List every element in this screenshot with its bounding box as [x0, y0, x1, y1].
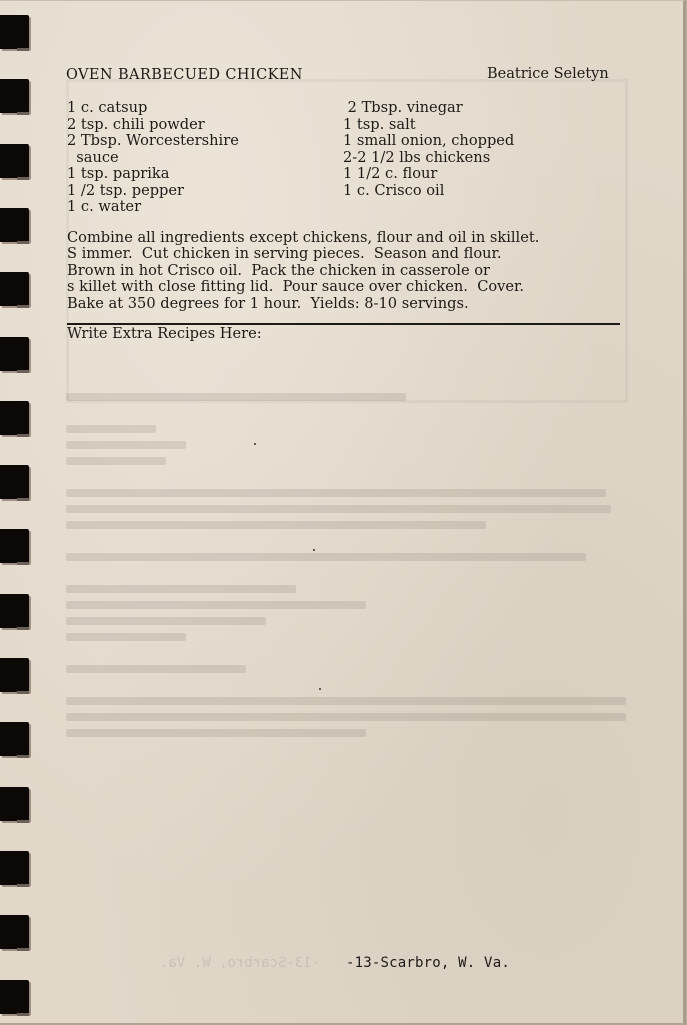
binding-ring — [0, 465, 29, 499]
binding-ring — [0, 337, 29, 371]
binding-ring — [0, 787, 29, 821]
binding-ring — [0, 594, 29, 628]
binding-ring — [0, 401, 29, 435]
ingredient-item: 2 Tbsp. Worcestershire — [67, 133, 239, 150]
show-through-line — [66, 425, 156, 433]
show-through-line — [66, 441, 186, 449]
show-through-line — [66, 713, 626, 721]
directions-line: Bake at 350 degrees for 1 hour. Yields: … — [67, 296, 627, 312]
ingredient-item: 1 c. Crisco oil — [343, 183, 514, 200]
binding-ring — [0, 208, 29, 242]
show-through-line — [66, 665, 246, 673]
show-through-footer: -13-Scarbro, W. Va. — [160, 955, 320, 971]
cookbook-page: OVEN BARBECUED CHICKEN Beatrice Seletyn … — [0, 0, 686, 1024]
paper-speck — [313, 549, 315, 551]
binding-ring — [0, 915, 29, 949]
ingredient-item: 1 c. water — [67, 199, 239, 216]
show-through-line — [66, 489, 606, 497]
paper-speck — [254, 443, 256, 445]
show-through-line — [66, 617, 266, 625]
spiral-binding — [0, 0, 40, 1024]
recipe-title: OVEN BARBECUED CHICKEN — [66, 67, 303, 83]
show-through-line — [66, 457, 166, 465]
show-through-line — [66, 697, 626, 705]
ingredient-item: 1 tsp. paprika — [67, 166, 239, 183]
show-through-line — [66, 633, 186, 641]
show-through-text — [66, 393, 626, 813]
show-through-line — [66, 585, 296, 593]
paper-speck — [319, 688, 321, 690]
binding-ring — [0, 851, 29, 885]
show-through-line — [66, 601, 366, 609]
ingredient-item: 1 /2 tsp. pepper — [67, 183, 239, 200]
recipe-author: Beatrice Seletyn — [487, 66, 609, 82]
directions-line: S immer. Cut chicken in serving pieces. … — [67, 246, 627, 262]
binding-ring — [0, 272, 29, 306]
binding-ring — [0, 980, 29, 1014]
page-footer: -13-Scarbro, W. Va. — [346, 955, 510, 971]
directions-line: Brown in hot Crisco oil. Pack the chicke… — [67, 263, 627, 279]
binding-ring — [0, 529, 29, 563]
ingredient-item: sauce — [67, 150, 239, 167]
ingredient-item: 2 tsp. chili powder — [67, 117, 239, 134]
ingredients-right-column: 2 Tbsp. vinegar 1 tsp. salt 1 small onio… — [343, 100, 514, 199]
recipe-directions: Combine all ingredients except chickens,… — [67, 230, 627, 312]
ingredient-item: 1 small onion, chopped — [343, 133, 514, 150]
binding-ring — [0, 144, 29, 178]
show-through-line — [66, 729, 366, 737]
extra-recipes-label: Write Extra Recipes Here: — [67, 325, 262, 342]
ingredient-item: 2 Tbsp. vinegar — [343, 100, 514, 117]
ingredient-item: 1 1/2 c. flour — [343, 166, 514, 183]
show-through-line — [66, 553, 586, 561]
binding-ring — [0, 15, 29, 49]
binding-ring — [0, 79, 29, 113]
show-through-line — [66, 505, 611, 513]
ingredient-item: 2-2 1/2 lbs chickens — [343, 150, 514, 167]
binding-ring — [0, 658, 29, 692]
binding-ring — [0, 722, 29, 756]
directions-line: s killet with close fitting lid. Pour sa… — [67, 279, 627, 295]
show-through-line — [66, 521, 486, 529]
ingredient-item: 1 c. catsup — [67, 100, 239, 117]
ingredients-left-column: 1 c. catsup 2 tsp. chili powder 2 Tbsp. … — [67, 100, 239, 216]
ingredient-item: 1 tsp. salt — [343, 117, 514, 134]
directions-line: Combine all ingredients except chickens,… — [67, 230, 627, 246]
